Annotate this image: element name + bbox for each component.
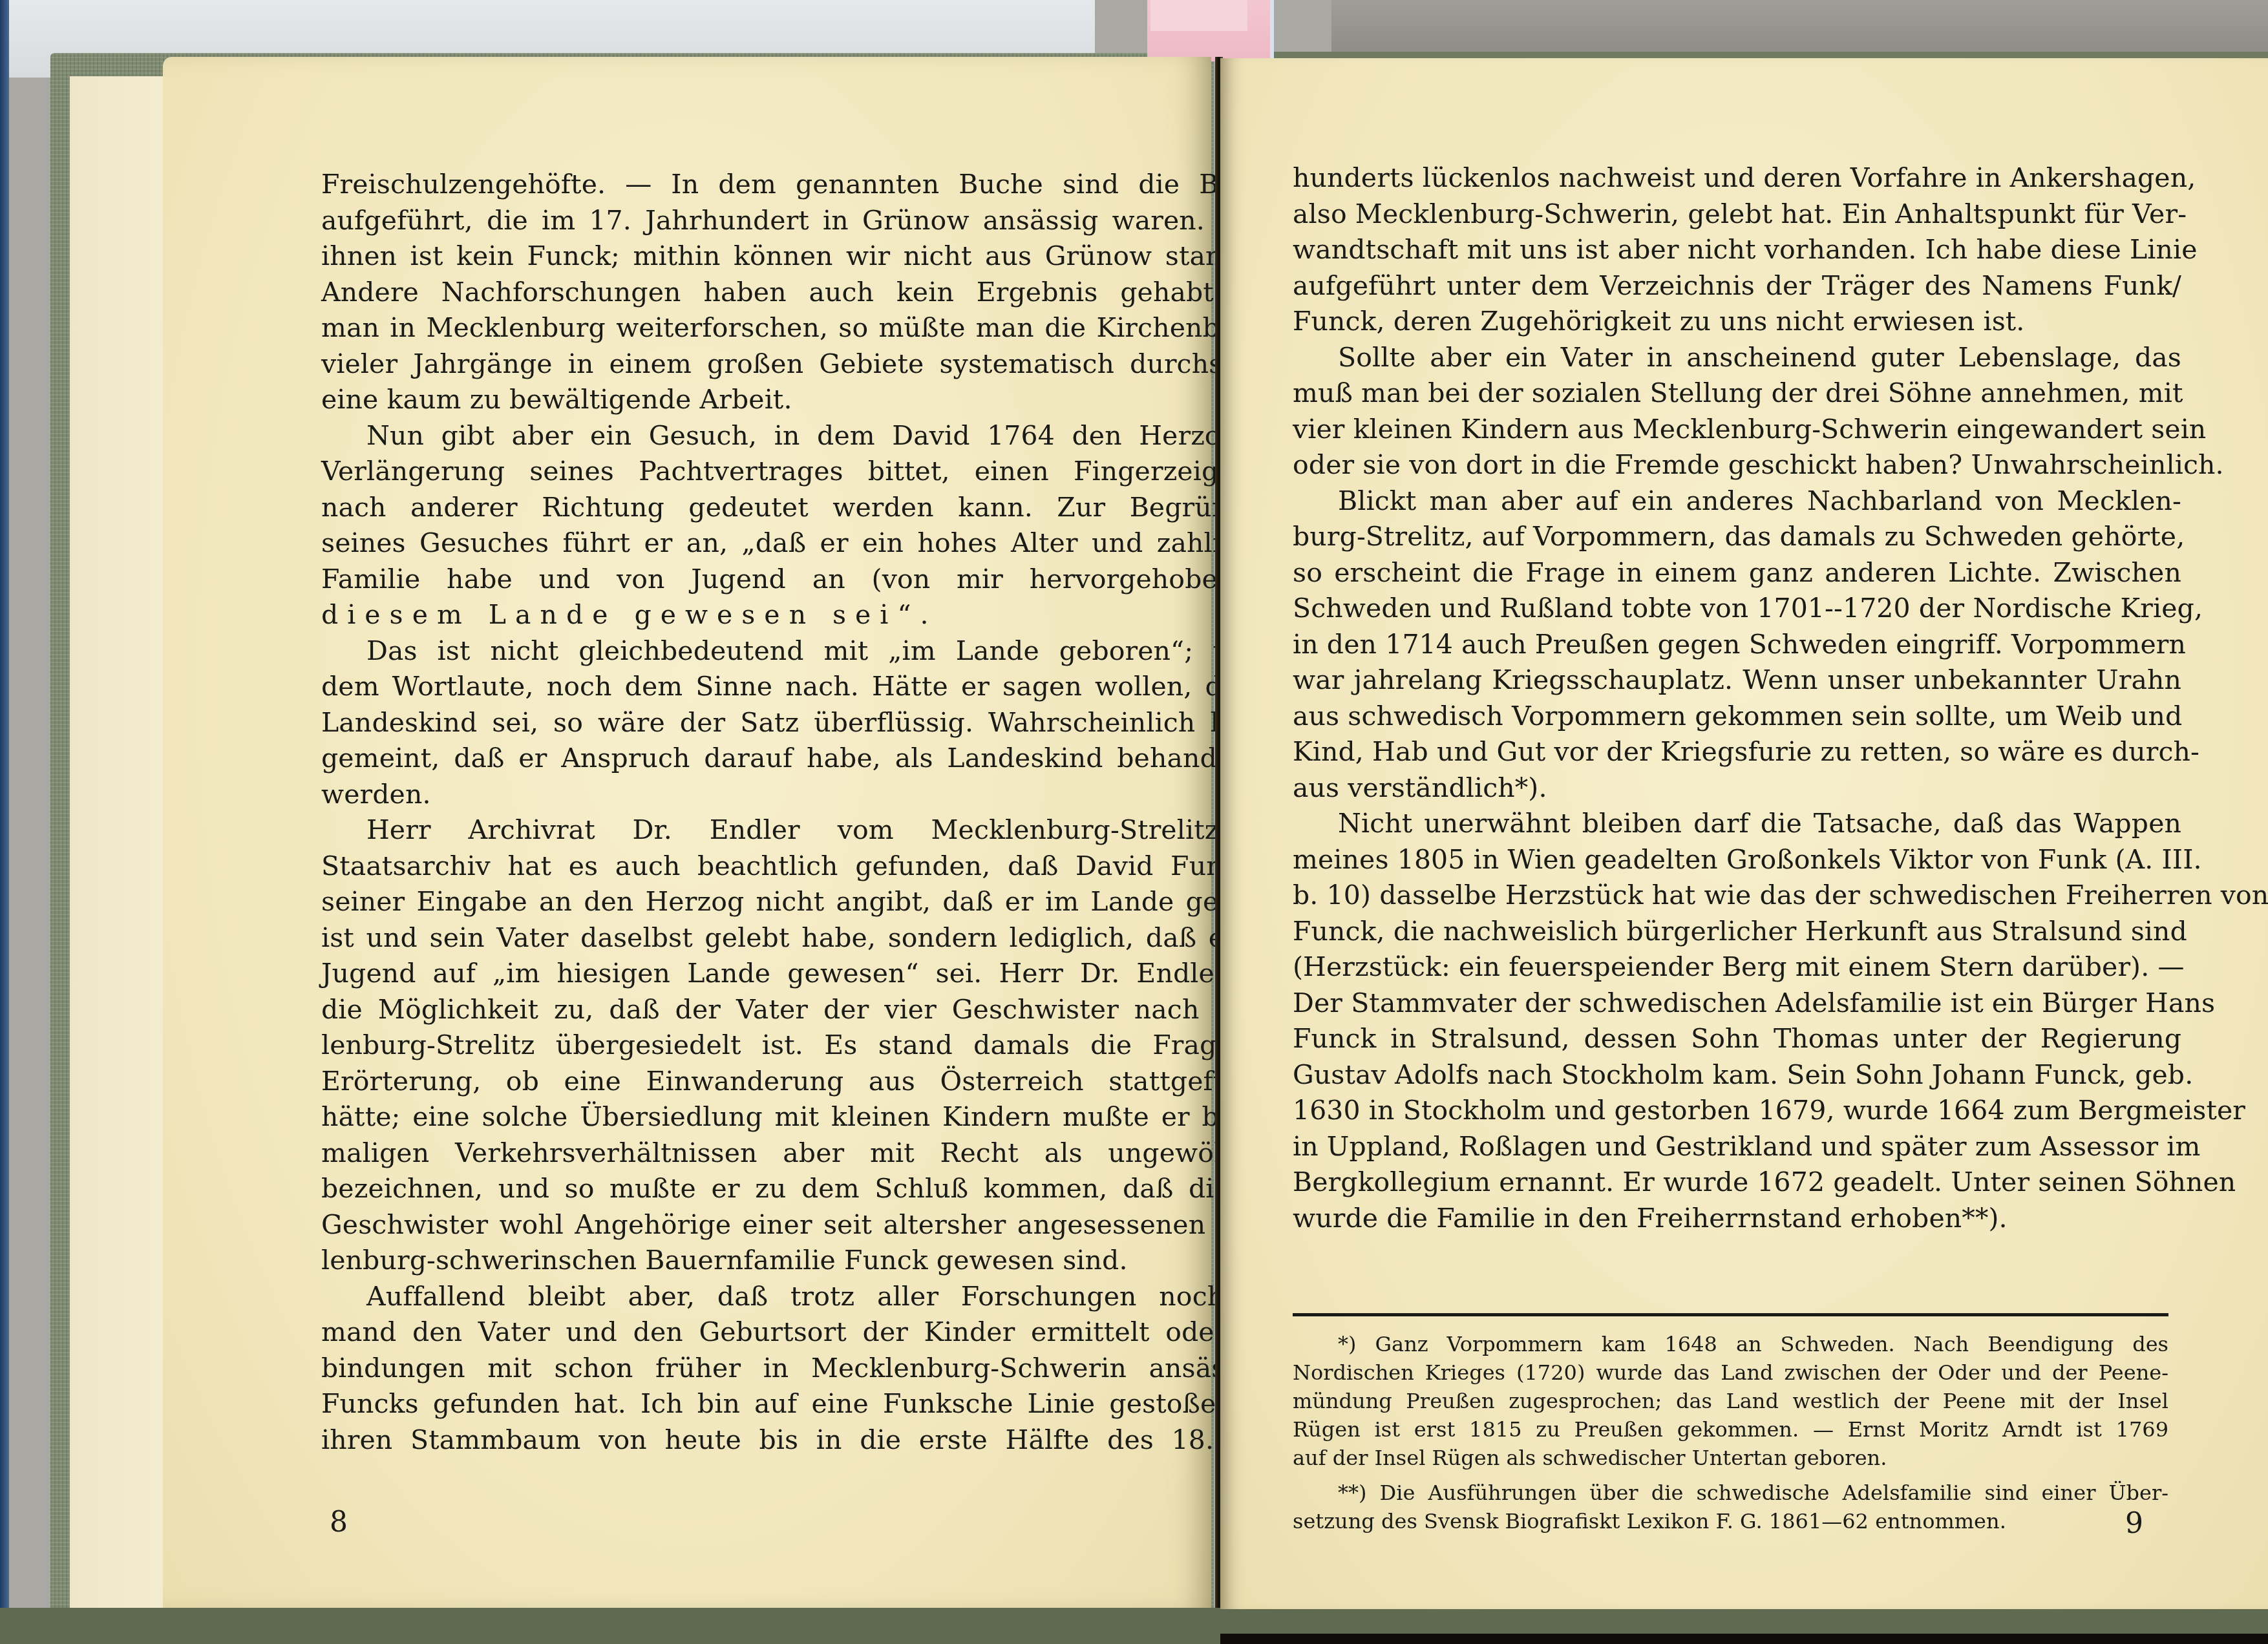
text-line: meines 1805 in Wien geadelten Großonkels… bbox=[1293, 842, 2181, 878]
paragraph: Blickt man aber auf ein anderes Nachbarl… bbox=[1293, 483, 2181, 806]
text-line: werden. bbox=[321, 777, 1297, 813]
text-line: Funck, die nachweislich bürgerlicher Her… bbox=[1293, 914, 2181, 950]
footnote-line: **) Die Ausführungen über die schwedisch… bbox=[1293, 1479, 2168, 1507]
paragraph: Auffallend bleibt aber, daß trotz aller … bbox=[321, 1279, 1297, 1459]
text-line: Staatsarchiv hat es auch beachtlich gefu… bbox=[321, 848, 1297, 885]
paragraph: hunderts lückenlos nachweist und deren V… bbox=[1293, 160, 2181, 340]
footnotes: *) Ganz Vorpommern kam 1648 an Schweden.… bbox=[1293, 1330, 2168, 1542]
text-line: Herr Archivrat Dr. Endler vom Mecklenbur… bbox=[321, 812, 1297, 848]
text-line: die Möglichkeit zu, daß der Vater der vi… bbox=[321, 992, 1297, 1028]
text-line: vieler Jahrgänge in einem großen Gebiete… bbox=[321, 346, 1297, 383]
text-line: Andere Nachforschungen haben auch kein E… bbox=[321, 275, 1297, 311]
text-line: hätte; eine solche Übersiedlung mit klei… bbox=[321, 1099, 1297, 1135]
text-line: seines Gesuches führt er an, „daß er ein… bbox=[321, 525, 1297, 562]
text-line: nach anderer Richtung gedeutet werden ka… bbox=[321, 490, 1297, 526]
text-line: Erörterung, ob eine Einwanderung aus Öst… bbox=[321, 1064, 1297, 1100]
footnote-line: Rügen ist erst 1815 zu Preußen gekommen.… bbox=[1293, 1415, 2168, 1444]
paragraph: Nun gibt aber ein Gesuch, in dem David 1… bbox=[321, 418, 1297, 633]
text-line: war jahrelang Kriegsschauplatz. Wenn uns… bbox=[1293, 662, 2181, 699]
text-line: eine kaum zu bewältigende Arbeit. bbox=[321, 382, 1297, 418]
bookmark-tab-fold bbox=[1150, 0, 1247, 31]
text-line: aufgeführt unter dem Verzeichnis der Trä… bbox=[1293, 268, 2181, 304]
text-line: wurde die Familie in den Freiherrnstand … bbox=[1293, 1201, 2181, 1237]
footnote-1: *) Ganz Vorpommern kam 1648 an Schweden.… bbox=[1293, 1330, 2168, 1472]
text-line: in den 1714 auch Preußen gegen Schweden … bbox=[1293, 627, 2181, 663]
text-line: ihnen ist kein Funck; mithin können wir … bbox=[321, 238, 1297, 275]
text-line: Bergkollegium ernannt. Er wurde 1672 gea… bbox=[1293, 1164, 2181, 1201]
right-page-body: hunderts lückenlos nachweist und deren V… bbox=[1293, 160, 2181, 1236]
text-line: maligen Verkehrsverhältnissen aber mit R… bbox=[321, 1135, 1297, 1172]
cloth-cover-edge-right bbox=[1215, 52, 2268, 58]
footnote-line: *) Ganz Vorpommern kam 1648 an Schweden.… bbox=[1293, 1330, 2168, 1358]
text-line: Der Stammvater der schwedischen Adelsfam… bbox=[1293, 985, 2181, 1022]
left-page-body: Freischulzengehöfte. — In dem genannten … bbox=[321, 167, 1297, 1458]
text-line: vier kleinen Kindern aus Mecklenburg-Sch… bbox=[1293, 412, 2181, 448]
text-line: Funcks gefunden hat. Ich bin auf eine Fu… bbox=[321, 1386, 1297, 1422]
text-line: lenburg-Strelitz übergesiedelt ist. Es s… bbox=[321, 1027, 1297, 1064]
text-line: muß man bei der sozialen Stellung der dr… bbox=[1293, 375, 2181, 412]
text-line-emphasized: diesem Lande gewesen sei“. bbox=[321, 597, 1297, 633]
text-line: aus verständlich*). bbox=[1293, 770, 2181, 806]
text-line: aufgeführt, die im 17. Jahrhundert in Gr… bbox=[321, 203, 1297, 239]
scan-shadow-bottom bbox=[1220, 1634, 2268, 1644]
text-line: dem Wortlaute, noch dem Sinne nach. Hätt… bbox=[321, 669, 1297, 705]
text-line: seiner Eingabe an den Herzog nicht angib… bbox=[321, 884, 1297, 920]
text-line: Landeskind sei, so wäre der Satz überflü… bbox=[321, 705, 1297, 741]
scanner-background-right bbox=[1331, 0, 2268, 58]
text-line: lenburg-schwerinschen Bauernfamilie Func… bbox=[321, 1243, 1297, 1279]
text-line: Jugend auf „im hiesigen Lande gewesen“ s… bbox=[321, 956, 1297, 992]
footnote-2: **) Die Ausführungen über die schwedisch… bbox=[1293, 1479, 2168, 1535]
left-page: Freischulzengehöfte. — In dem genannten … bbox=[163, 57, 1211, 1608]
text-line: bindungen mit schon früher in Mecklenbur… bbox=[321, 1351, 1297, 1387]
text-line: Blickt man aber auf ein anderes Nachbarl… bbox=[1293, 483, 2181, 520]
paragraph: Nicht unerwähnt bleiben darf die Tatsach… bbox=[1293, 806, 2181, 1236]
text-line: Familie habe und von Jugend an (von mir … bbox=[321, 562, 1297, 598]
footnote-line: mündung Preußen zugesprochen; das Land w… bbox=[1293, 1387, 2168, 1415]
text-line: (Herzstück: ein feuerspeiender Berg mit … bbox=[1293, 949, 2181, 985]
paragraph: Herr Archivrat Dr. Endler vom Mecklenbur… bbox=[321, 812, 1297, 1279]
text-line: also Mecklenburg-Schwerin, gelebt hat. E… bbox=[1293, 196, 2181, 233]
text-line: ist und sein Vater daselbst gelebt habe,… bbox=[321, 920, 1297, 956]
text-line: Nun gibt aber ein Gesuch, in dem David 1… bbox=[321, 418, 1297, 454]
text-line: so erscheint die Frage in einem ganz and… bbox=[1293, 555, 2181, 591]
text-line: Verlängerung seines Pachtvertrages bitte… bbox=[321, 454, 1297, 490]
text-line: Funck, deren Zugehörigkeit zu uns nicht … bbox=[1293, 304, 2181, 340]
text-line: Gustav Adolfs nach Stockholm kam. Sein S… bbox=[1293, 1057, 2181, 1093]
footnote-line: auf der Insel Rügen als schwedischer Unt… bbox=[1293, 1444, 2168, 1472]
text-line: Sollte aber ein Vater in anscheinend gut… bbox=[1293, 340, 2181, 376]
endpaper-strip bbox=[70, 76, 167, 1614]
text-line: gemeint, daß er Anspruch darauf habe, al… bbox=[321, 741, 1297, 777]
text-line: Kind, Hab und Gut vor der Kriegsfurie zu… bbox=[1293, 734, 2181, 770]
paragraph: Freischulzengehöfte. — In dem genannten … bbox=[321, 167, 1297, 418]
footnote-line: Nordischen Krieges (1720) wurde das Land… bbox=[1293, 1358, 2168, 1387]
text-line: Geschwister wohl Angehörige einer seit a… bbox=[321, 1207, 1297, 1243]
text-line: hunderts lückenlos nachweist und deren V… bbox=[1293, 160, 2181, 196]
text-line: wandtschaft mit uns ist aber nicht vorha… bbox=[1293, 232, 2181, 268]
footnote-separator bbox=[1293, 1313, 2168, 1316]
footnote-line: setzung des Svensk Biografiskt Lexikon F… bbox=[1293, 1507, 2168, 1535]
text-line: aus schwedisch Vorpommern gekommen sein … bbox=[1293, 699, 2181, 735]
text-line: ihren Stammbaum von heute bis in die ers… bbox=[321, 1422, 1297, 1459]
text-line: Nicht unerwähnt bleiben darf die Tatsach… bbox=[1293, 806, 2181, 842]
scanner-edge bbox=[0, 0, 9, 1644]
paragraph: Sollte aber ein Vater in anscheinend gut… bbox=[1293, 340, 2181, 483]
page-number: 9 bbox=[2125, 1507, 2143, 1540]
text-line: Das ist nicht gleichbedeutend mit „im La… bbox=[321, 633, 1297, 669]
text-line: bezeichnen, und so mußte er zu dem Schlu… bbox=[321, 1171, 1297, 1207]
text-line: Freischulzengehöfte. — In dem genannten … bbox=[321, 167, 1297, 203]
right-page: hunderts lückenlos nachweist und deren V… bbox=[1220, 58, 2268, 1609]
page-number: 8 bbox=[330, 1506, 348, 1539]
paragraph: Das ist nicht gleichbedeutend mit „im La… bbox=[321, 633, 1297, 813]
text-line: b. 10) dasselbe Herzstück hat wie das de… bbox=[1293, 878, 2181, 914]
text-line: man in Mecklenburg weiterforschen, so mü… bbox=[321, 310, 1297, 346]
text-line: Funck in Stralsund, dessen Sohn Thomas u… bbox=[1293, 1021, 2181, 1057]
text-line: oder sie von dort in die Fremde geschick… bbox=[1293, 447, 2181, 483]
text-line: burg-Strelitz, auf Vorpommern, das damal… bbox=[1293, 519, 2181, 555]
text-line: 1630 in Stockholm und gestorben 1679, wu… bbox=[1293, 1093, 2181, 1129]
text-line: Schweden und Rußland tobte von 1701--172… bbox=[1293, 591, 2181, 627]
text-line: in Uppland, Roßlagen und Gestrikland und… bbox=[1293, 1129, 2181, 1165]
text-line: Auffallend bleibt aber, daß trotz aller … bbox=[321, 1279, 1297, 1315]
text-line: mand den Vater und den Geburtsort der Ki… bbox=[321, 1314, 1297, 1351]
